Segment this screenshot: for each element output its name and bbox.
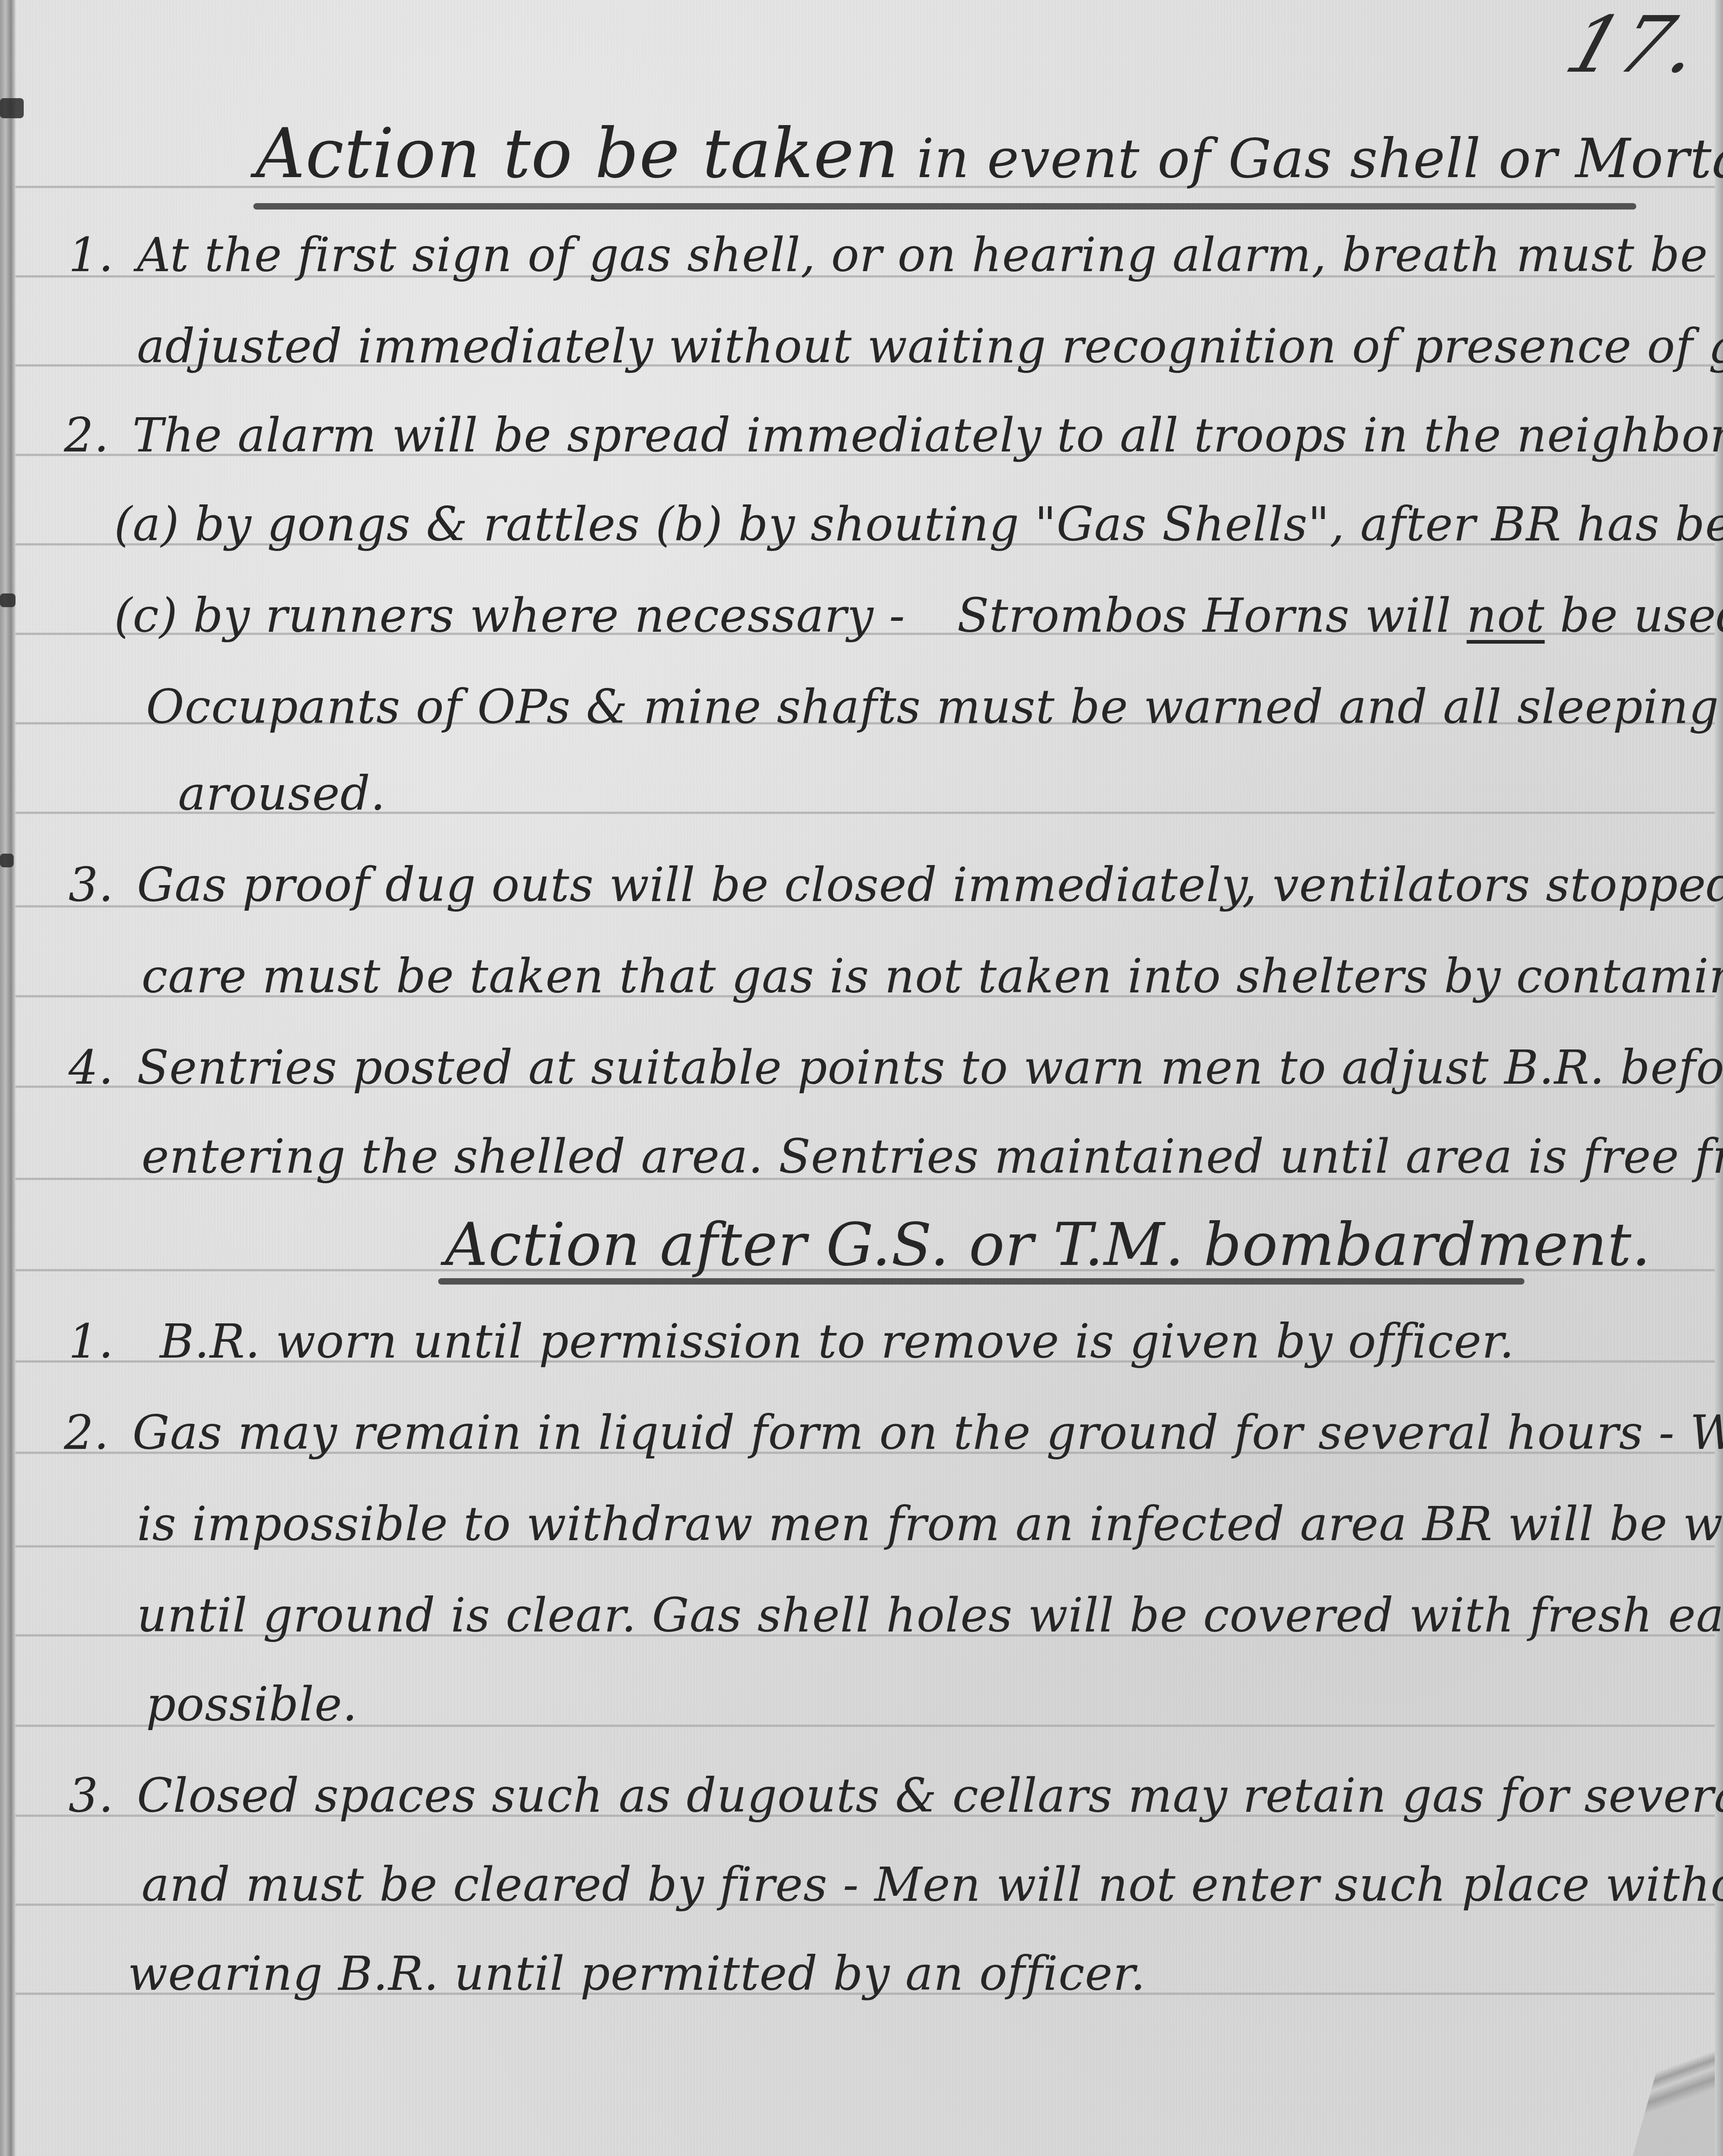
item-number: 4. [68,1041,137,1095]
binding-stitch-mark [0,854,14,867]
item-number: 1. [68,1315,160,1369]
item-number: 2. [64,1406,132,1460]
section1-item2-line5: aroused. [178,767,386,821]
section-heading-gas-shell-bombardment: Action to be taken in event of Gas shell… [256,114,1723,194]
binding-edge [0,0,16,2156]
section1-item3-line2: care must be taken that gas is not taken… [141,949,1723,1004]
section2-item3-line2: and must be cleared by fires - Men will … [141,1858,1723,1912]
section1-item2-line1: 2.The alarm will be spread immediately t… [64,409,1723,463]
binding-stitch-mark [0,593,16,607]
section2-item2-line2: is impossible to withdraw men from an in… [137,1497,1723,1552]
section2-item2-line3: until ground is clear. Gas shell holes w… [137,1589,1723,1643]
heading-underline [253,203,1636,210]
section2-item3-line1: 3.Closed spaces such as dugouts & cellar… [68,1769,1723,1823]
section1-item2-line2: (a) by gongs & rattles (b) by shouting "… [114,498,1723,552]
notebook-page: 17. Action to be taken in event of Gas s… [0,0,1723,2156]
section1-item3-line1: 3.Gas proof dug outs will be closed imme… [68,858,1723,913]
section1-item2-line3: (c) by runners where necessary - Strombo… [114,589,1723,643]
heading-rest: in event of Gas shell or Mortar Bombardm… [916,127,1723,190]
heading-main: Action to be taken [256,114,899,194]
item-number: 1. [68,228,137,283]
section1-item4-line1: 4.Sentries posted at suitable points to … [68,1041,1723,1095]
section1-item4-line2: entering the shelled area. Sentries main… [141,1130,1723,1184]
section1-item1-line2: adjusted immediately without waiting rec… [137,320,1723,374]
emphasis-not: not [1466,589,1545,643]
section2-item2-line4: possible. [146,1678,358,1732]
page-number: 17. [1555,0,1714,90]
section2-item2-line1: 2.Gas may remain in liquid form on the g… [64,1406,1723,1460]
strombos-horns-note: Strombos Horns will not be used. [957,589,1723,643]
heading-underline [438,1278,1524,1285]
binding-stitch-mark [0,98,24,118]
page-corner-curl [1633,2010,1715,2156]
section1-item1-line1: 1.At the first sign of gas shell, or on … [68,228,1723,283]
item-number: 3. [68,1769,137,1823]
item-number: 2. [64,409,132,463]
section-heading-after-bombardment: Action after G.S. or T.M. bombardment. [445,1210,1651,1279]
section2-item3-line3: wearing B.R. until permitted by an offic… [128,1947,1146,2001]
section2-item1-line1: 1.B.R. worn until permission to remove i… [68,1315,1514,1369]
section1-item2-line4: Occupants of OPs & mine shafts must be w… [146,680,1723,734]
item-number: 3. [68,858,137,913]
